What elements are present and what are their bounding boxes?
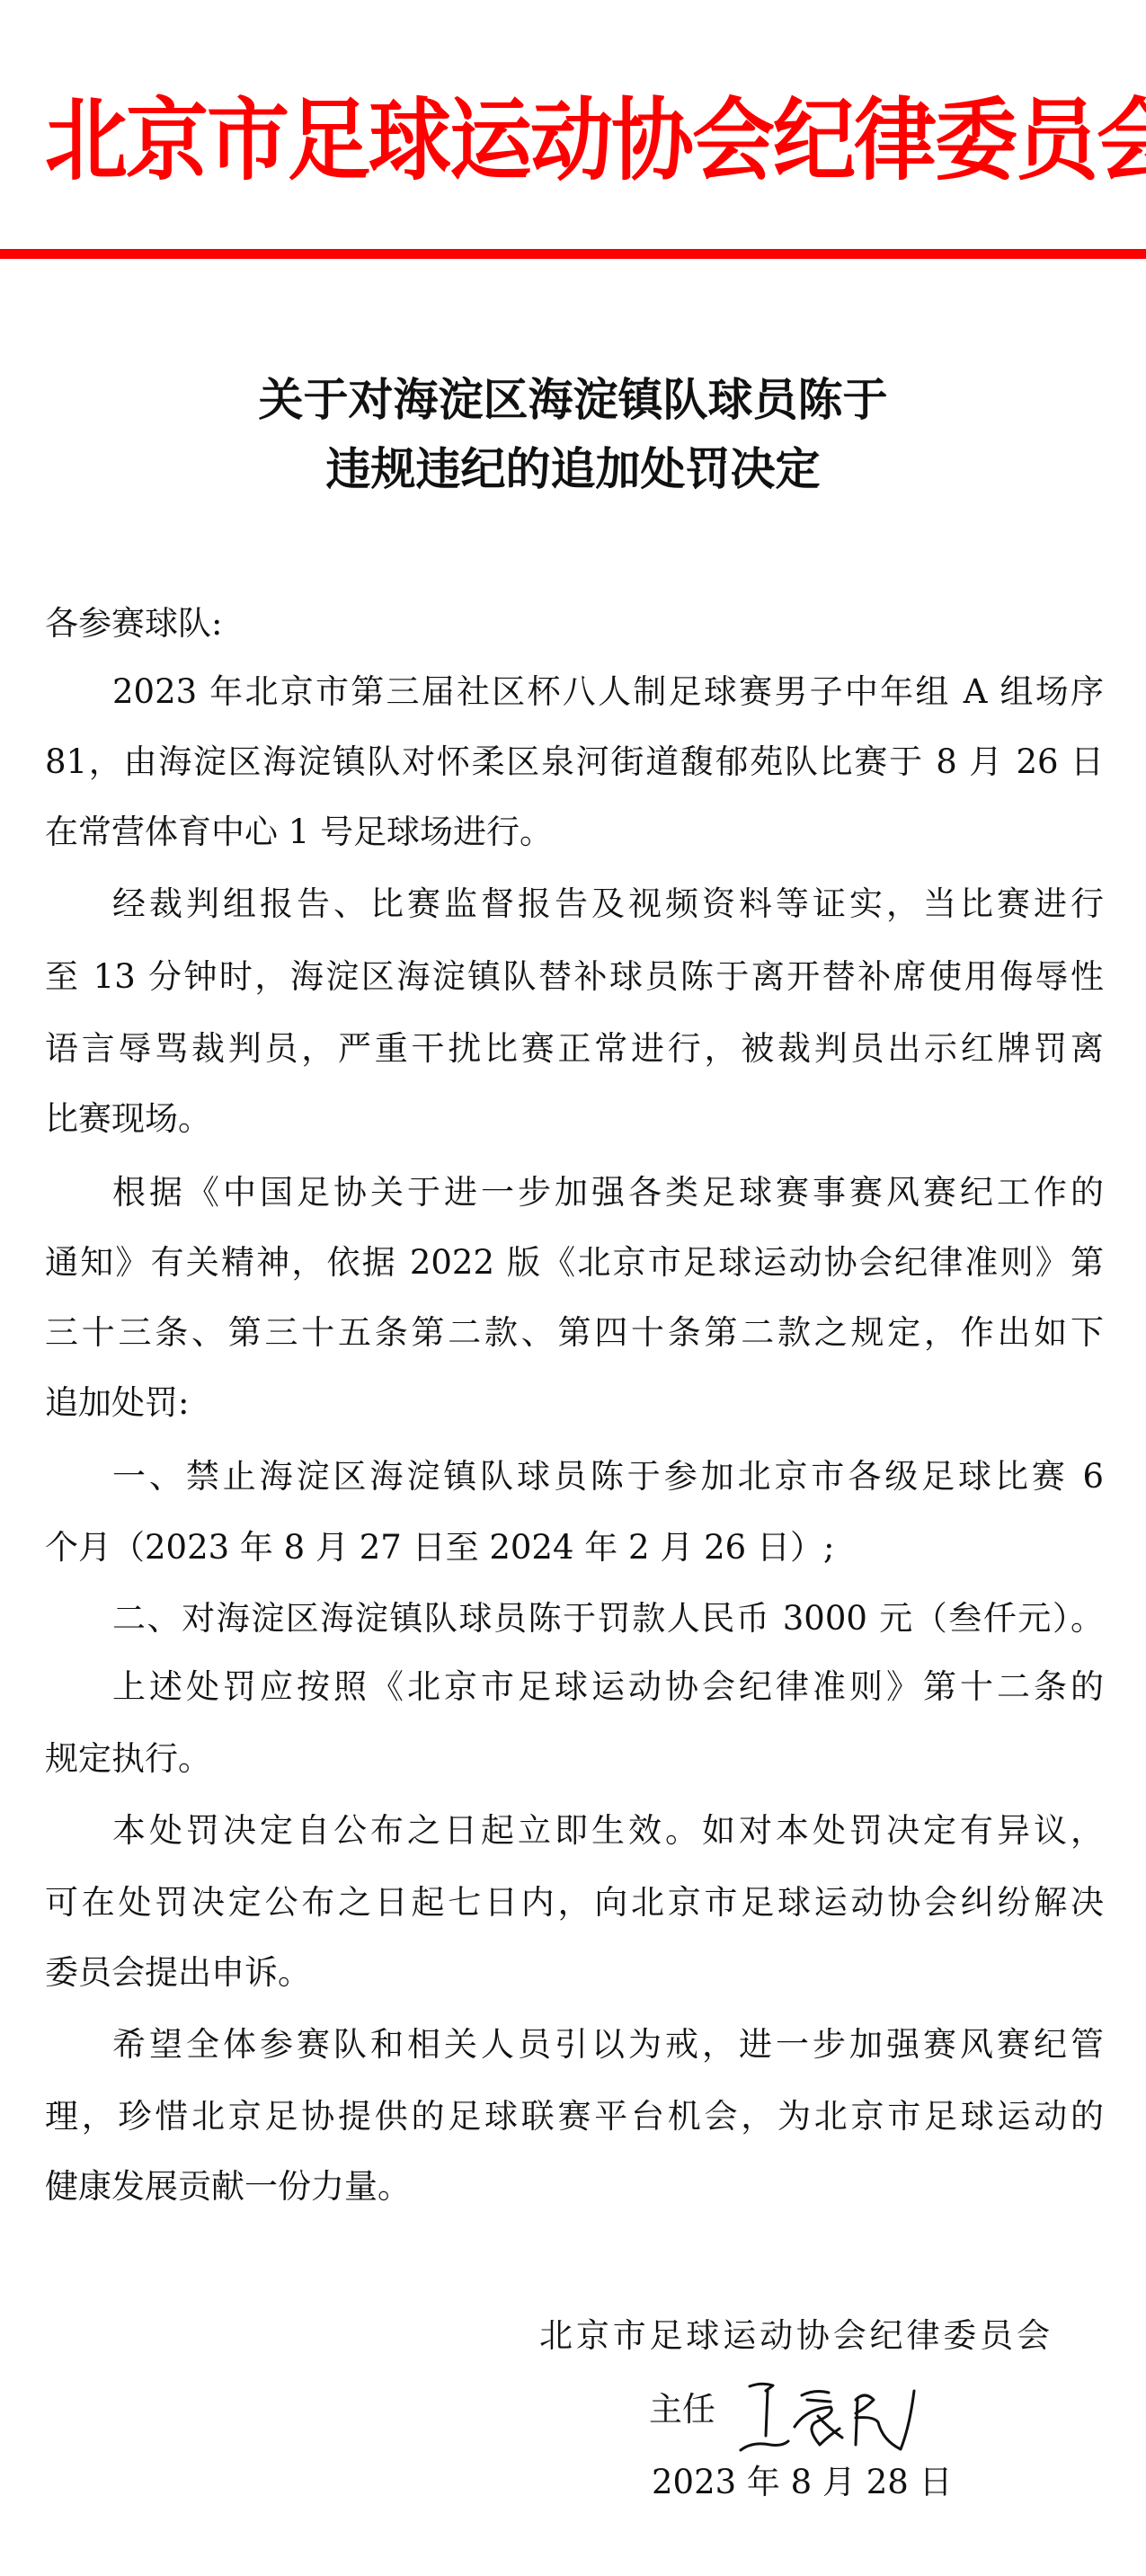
body-line: 至 13 分钟时，海淀区海淀镇队替补球员陈于离开替补席使用侮辱性 — [45, 955, 1104, 999]
masthead-title: 北京市足球运动协会纪律委员会 — [45, 86, 1104, 195]
body-line: 本处罚决定自公布之日起立即生效。如对本处罚决定有异议， — [112, 1808, 1104, 1853]
salutation: 各参赛球队: — [45, 601, 1104, 646]
masthead-red-rule — [0, 249, 1146, 259]
signature-role: 主任 — [649, 2387, 715, 2432]
body-line: 比赛现场。 — [45, 1097, 1104, 1141]
document-date: 2023 年 8 月 28 日 — [652, 2460, 953, 2505]
penalty-item-1-cont: 个月（2023 年 8 月 27 日至 2024 年 2 月 26 日）; — [45, 1525, 1104, 1570]
body-line: 三十三条、第三十五条第二款、第四十条第二款之规定，作出如下 — [45, 1310, 1104, 1355]
body-line: 上述处罚应按照《北京市足球运动协会纪律准则》第十二条的 — [112, 1665, 1104, 1710]
body-line: 通知》有关精神，依据 2022 版《北京市足球运动协会纪律准则》第 — [45, 1240, 1104, 1285]
document-title-line-2: 违规违纪的追加处罚决定 — [0, 442, 1146, 496]
body-line: 可在处罚决定公布之日起七日内，向北京市足球运动协会纠纷解决 — [45, 1880, 1104, 1925]
body-line: 经裁判组报告、比赛监督报告及视频资料等证实，当比赛进行 — [112, 882, 1104, 927]
body-line: 在常营体育中心 1 号足球场进行。 — [45, 810, 1104, 855]
handwritten-signature-icon — [730, 2373, 923, 2458]
signature-organization: 北京市足球运动协会纪律委员会 — [539, 2314, 1050, 2358]
body-line: 根据《中国足协关于进一步加强各类足球赛事赛风赛纪工作的 — [112, 1170, 1104, 1215]
body-line: 健康发展贡献一份力量。 — [45, 2164, 1104, 2209]
body-line: 希望全体参赛队和相关人员引以为戒，进一步加强赛风赛纪管 — [112, 2022, 1104, 2067]
penalty-item-2: 二、对海淀区海淀镇队球员陈于罚款人民币 3000 元（叁仟元）。 — [112, 1596, 1104, 1641]
body-line: 理，珍惜北京足协提供的足球联赛平台机会，为北京市足球运动的 — [45, 2094, 1104, 2139]
body-line: 追加处罚: — [45, 1381, 1104, 1426]
body-line: 语言辱骂裁判员，严重干扰比赛正常进行，被裁判员出示红牌罚离 — [45, 1026, 1104, 1071]
body-line: 委员会提出申诉。 — [45, 1950, 1104, 1995]
body-line: 规定执行。 — [45, 1737, 1104, 1781]
body-line: 2023 年北京市第三届社区杯八人制足球赛男子中年组 A 组场序 — [112, 670, 1104, 715]
penalty-item-1: 一、禁止海淀区海淀镇队球员陈于参加北京市各级足球比赛 6 — [112, 1454, 1104, 1499]
body-line: 81，由海淀区海淀镇队对怀柔区泉河街道馥郁苑队比赛于 8 月 26 日 — [45, 740, 1104, 785]
document-title-line-1: 关于对海淀区海淀镇队球员陈于 — [0, 373, 1146, 427]
